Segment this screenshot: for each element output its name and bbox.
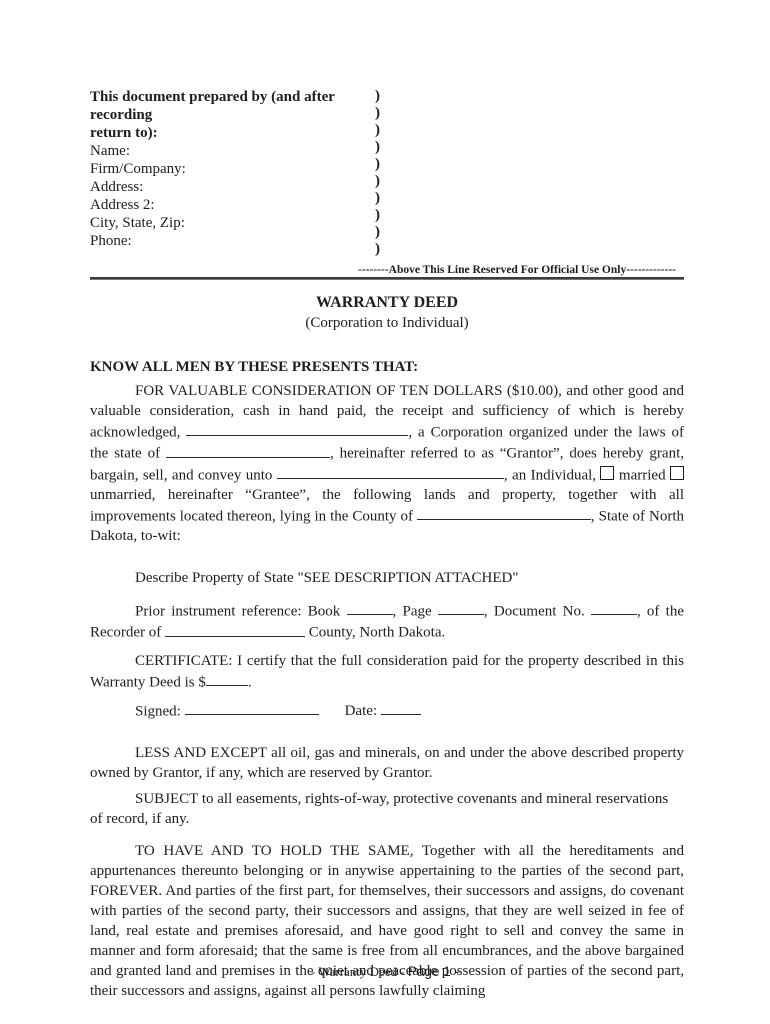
text-segment: CERTIFICATE: I certify that the full con… — [90, 653, 684, 690]
warranty-deed-page: This document prepared by (and after rec… — [0, 0, 770, 1024]
footer-page-number: Page 1 - — [408, 964, 459, 979]
field-label-name[interactable]: Name: — [90, 142, 375, 160]
paragraph-subject: SUBJECT to all easements, rights-of-way,… — [90, 789, 684, 829]
field-label-address[interactable]: Address: — [90, 178, 375, 196]
preparer-fields: This document prepared by (and after rec… — [90, 88, 375, 258]
presents-heading: KNOW ALL MEN BY THESE PRESENTS THAT: — [90, 357, 684, 377]
paren: ) — [375, 105, 380, 122]
field-label-address-2[interactable]: Address 2: — [90, 196, 375, 214]
field-label-phone[interactable]: Phone: — [90, 232, 375, 250]
text-segment: County, North Dakota. — [305, 625, 445, 641]
document-subtitle: (Corporation to Individual) — [90, 313, 684, 333]
blank-county[interactable] — [417, 505, 591, 520]
paragraph-less-except: LESS AND EXCEPT all oil, gas and mineral… — [90, 743, 684, 783]
preparer-heading-line2: return to): — [90, 124, 375, 142]
paren: ) — [375, 88, 380, 105]
page-footer: - Warranty Deed - Page 1 - — [0, 962, 770, 982]
describe-property-line: Describe Property of State "SEE DESCRIPT… — [90, 568, 684, 588]
paren: ) — [375, 139, 380, 156]
blank-recorder-county[interactable] — [165, 621, 305, 636]
divider-rule — [90, 277, 684, 280]
paren: ) — [375, 241, 380, 258]
text-segment: . — [248, 674, 252, 690]
paren: ) — [375, 190, 380, 207]
paren: ) — [375, 224, 380, 241]
blank-grantee-name[interactable] — [277, 464, 504, 479]
document-title: WARRANTY DEED — [90, 293, 684, 313]
married-label: married — [619, 467, 666, 483]
field-label-city-state-zip[interactable]: City, State, Zip: — [90, 214, 375, 232]
blank-grantor-name[interactable] — [186, 421, 408, 436]
paren: ) — [375, 122, 380, 139]
text-segment: , Page — [393, 603, 438, 619]
married-checkbox[interactable] — [600, 466, 614, 480]
paragraph-certificate: CERTIFICATE: I certify that the full con… — [90, 651, 684, 692]
blank-page[interactable] — [438, 600, 484, 615]
blank-state-of-organization[interactable] — [166, 442, 330, 457]
recording-stamp-parens: ) ) ) ) ) ) ) ) ) ) — [375, 88, 380, 258]
blank-signature[interactable] — [185, 700, 319, 715]
preparer-heading-line1: This document prepared by (and after rec… — [90, 88, 375, 124]
blank-date[interactable] — [381, 700, 421, 715]
blank-document-no[interactable] — [591, 600, 637, 615]
unmarried-label: unmarried — [90, 487, 152, 503]
paragraph-consideration: FOR VALUABLE CONSIDERATION OF TEN DOLLAR… — [90, 381, 684, 546]
paragraph-prior-instrument: Prior instrument reference: Book , Page … — [90, 600, 684, 643]
text-segment: , Document No. — [484, 603, 591, 619]
signature-line: Signed: Date: — [90, 700, 684, 721]
paren: ) — [375, 173, 380, 190]
field-label-firm-company[interactable]: Firm/Company: — [90, 160, 375, 178]
signed-label: Signed: — [135, 703, 181, 719]
paren: ) — [375, 156, 380, 173]
text-segment: Prior instrument reference: Book — [135, 603, 347, 619]
date-label: Date: — [345, 703, 377, 719]
text-segment: , an Individual, — [504, 467, 601, 483]
blank-book[interactable] — [347, 600, 393, 615]
footer-doc-label: - Warranty Deed - — [311, 964, 408, 979]
paren: ) — [375, 207, 380, 224]
blank-consideration-amount[interactable] — [206, 671, 248, 686]
preparer-block: This document prepared by (and after rec… — [90, 88, 684, 258]
unmarried-checkbox[interactable] — [670, 466, 684, 480]
official-use-label: --------Above This Line Reserved For Off… — [90, 263, 684, 277]
